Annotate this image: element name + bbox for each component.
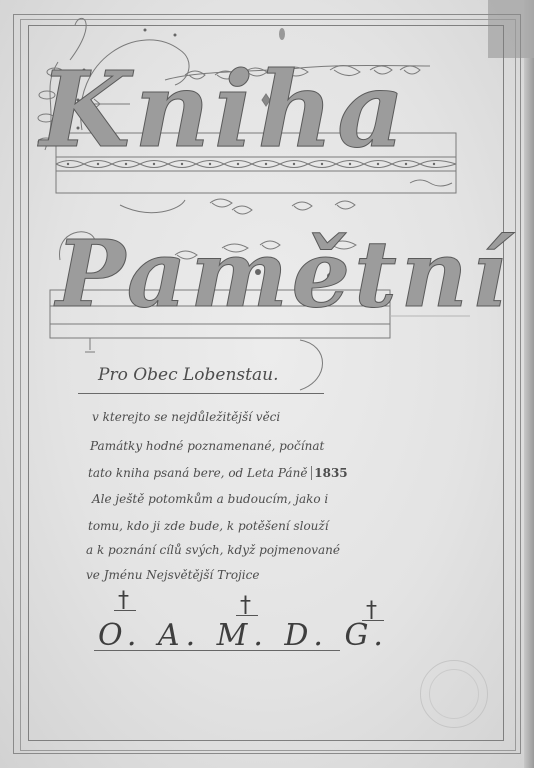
initials-omdg: O. A. M. D. G. [98, 618, 389, 653]
title-word-kniha: Kniha [40, 58, 409, 162]
initials-underline [94, 650, 340, 651]
body-line-3-text: tato kniha psaná bere, od Leta Páně [88, 466, 307, 480]
body-line-7: ve Jménu Nejsvětější Trojice [86, 568, 259, 582]
cross-icon: † [240, 593, 251, 618]
dedication-line: Pro Obec Lobenstau. [98, 365, 278, 385]
year-1835: 1835 [311, 466, 347, 480]
body-line-2: Památky hodné poznamenané, počínat [90, 439, 324, 453]
body-line-5: tomu, kdo ji zde bude, k potěšení slouží [88, 519, 329, 533]
manuscript-page: Kniha Pamětní Pro Obec Lobenstau. v kter… [0, 0, 534, 768]
dedication-underline [78, 393, 324, 394]
body-line-4: Ale ještě potomkům a budoucím, jako i [92, 492, 328, 506]
body-line-1: v kterejto se nejdůležitější věci [92, 410, 280, 424]
body-line-3: tato kniha psaná bere, od Leta Páně 1835 [88, 466, 348, 480]
body-line-6: a k poznání cílů svých, když pojmenované [86, 543, 340, 557]
cross-icon: † [118, 588, 129, 613]
title-word-pametni: Pamětní [56, 228, 511, 320]
faded-stamp-mark [420, 660, 488, 728]
